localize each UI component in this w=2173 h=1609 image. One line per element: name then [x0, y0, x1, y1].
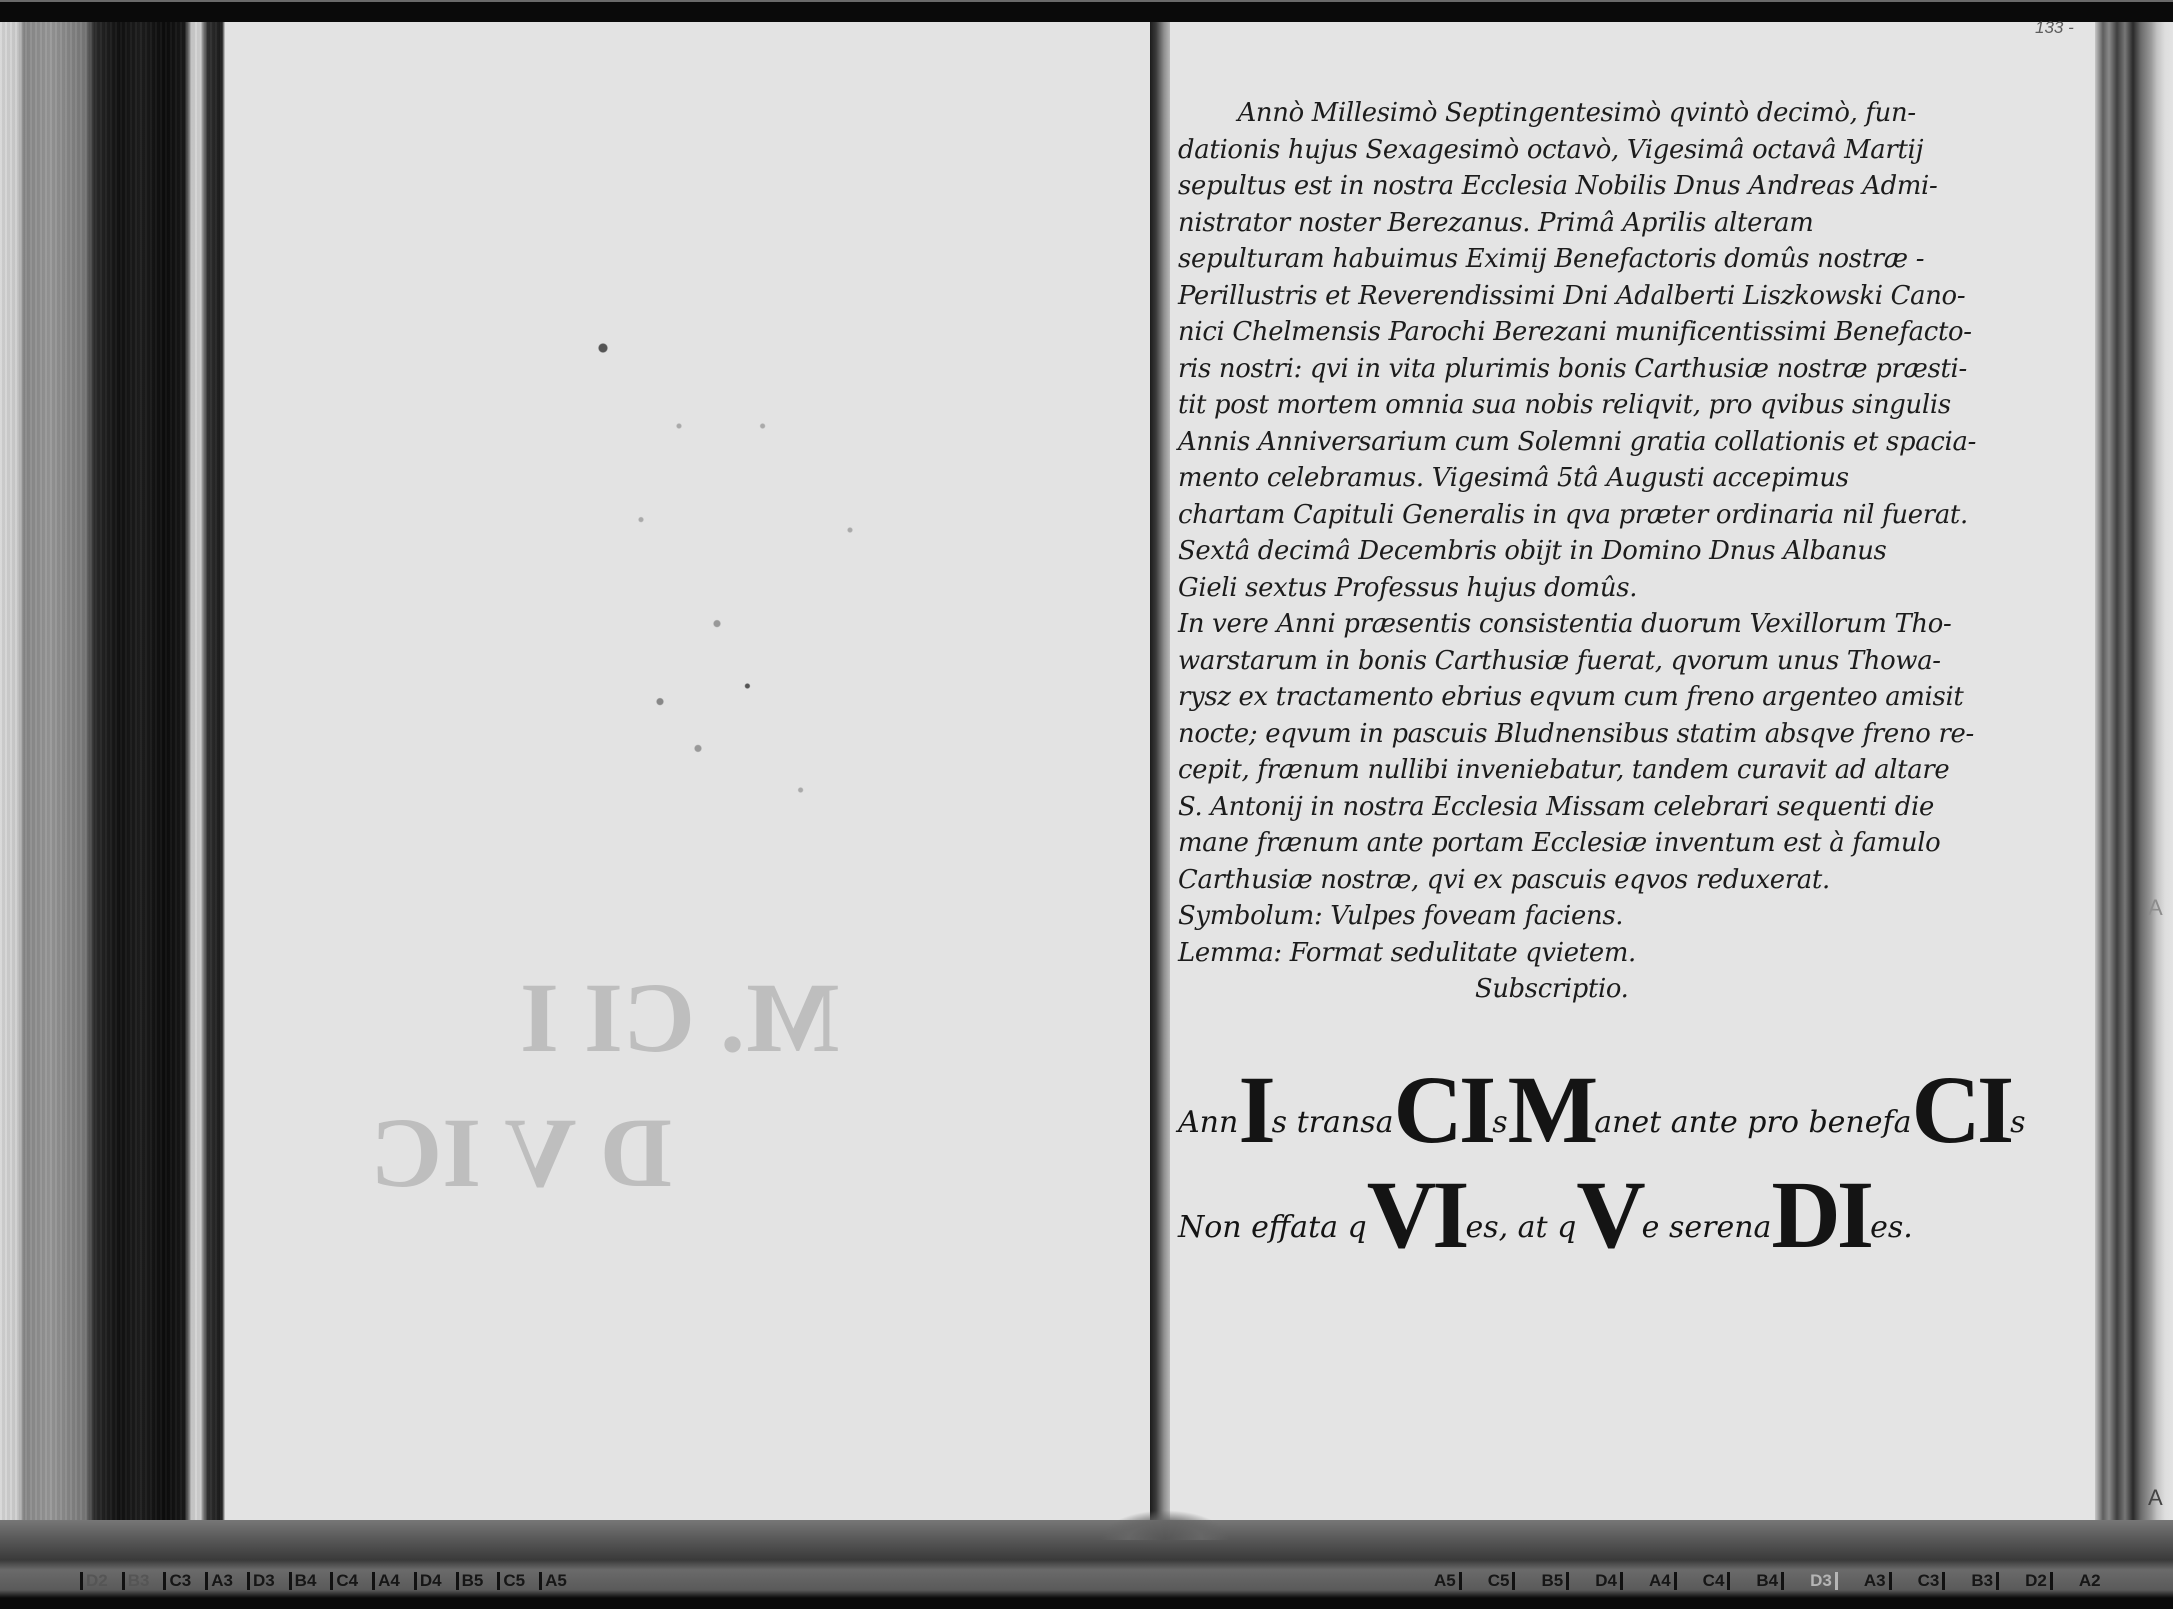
- bleed-through-line-1: M. CI I: [520, 960, 839, 1075]
- strip-label: C3: [163, 1572, 195, 1590]
- left-page: [225, 22, 1150, 1522]
- manuscript-line: warstarum in bonis Carthusiæ fuerat, qvo…: [1178, 643, 1993, 680]
- chronogram-numeral: CI: [1911, 1065, 2010, 1155]
- film-top-band: [0, 0, 2173, 24]
- strip-label: A4: [372, 1572, 404, 1590]
- manuscript-line: Annis Anniversarium cum Solemni gratia c…: [1178, 424, 1993, 461]
- margin-mark-a-bottom: A: [2148, 1485, 2163, 1511]
- margin-mark-a: A: [2148, 895, 2163, 921]
- manuscript-line: Perillustris et Reverendissimi Dni Adalb…: [1178, 278, 1993, 315]
- chronogram-line-1: Ann I s transa CI s M anet ante pro bene…: [1178, 1050, 2078, 1155]
- manuscript-line: cepit, frænum nullibi inveniebatur, tand…: [1178, 752, 1993, 789]
- strip-label: C5: [497, 1572, 529, 1590]
- manuscript-line: nici Chelmensis Parochi Berezani munific…: [1178, 314, 1993, 351]
- film-label-strip-left: D2 B3 C3 A3 D3 B4 C4 A4 D4 B5 C5 A5: [80, 1570, 581, 1592]
- strip-label: B4: [1752, 1572, 1784, 1590]
- strip-label: C3: [1914, 1572, 1946, 1590]
- manuscript-line: Sextâ decimâ Decembris obijt in Domino D…: [1178, 533, 1993, 570]
- lemma-line: Lemma: Format sedulitate qvietem.: [1178, 935, 1993, 972]
- book-right-page-stack: [2095, 22, 2173, 1542]
- manuscript-line: rysz ex tractamento ebrius eqvum cum fre…: [1178, 679, 1993, 716]
- strip-label: A5: [1430, 1572, 1462, 1590]
- manuscript-text: Annò Millesimò Septingentesimò qvintò de…: [1178, 95, 1998, 1008]
- chronogram: Ann I s transa CI s M anet ante pro bene…: [1178, 1050, 2078, 1260]
- symbolum-line: Symbolum: Vulpes foveam faciens.: [1178, 898, 1993, 935]
- manuscript-line: tit post mortem omnia sua nobis reliqvit…: [1178, 387, 1993, 424]
- manuscript-line: dationis hujus Sexagesimò octavò, Vigesi…: [1178, 132, 1993, 169]
- ink-specks: [565, 322, 945, 842]
- strip-label: D3: [247, 1572, 279, 1590]
- manuscript-line: Gieli sextus Professus hujus domûs.: [1178, 570, 1993, 607]
- strip-label: C4: [330, 1572, 362, 1590]
- subscriptio-heading: Subscriptio.: [1178, 971, 1990, 1008]
- chronogram-numeral: CI: [1394, 1065, 1493, 1155]
- chronogram-text: s: [1492, 1103, 1507, 1143]
- strip-label: D4: [1591, 1572, 1623, 1590]
- strip-label: A4: [1645, 1572, 1677, 1590]
- page-number: 133 -: [2035, 18, 2074, 38]
- strip-label: A3: [205, 1572, 237, 1590]
- strip-label: C5: [1484, 1572, 1516, 1590]
- chronogram-text: s transa: [1272, 1103, 1394, 1143]
- manuscript-line: ris nostri: qvi in vita plurimis bonis C…: [1178, 351, 1993, 388]
- chronogram-numeral: V: [1576, 1170, 1641, 1260]
- manuscript-line: sepulturam habuimus Eximij Benefactoris …: [1178, 241, 1993, 278]
- chronogram-text: s: [2010, 1103, 2025, 1143]
- manuscript-line: mento celebramus. Vigesimâ 5tâ Augusti a…: [1178, 460, 1993, 497]
- chronogram-text: es, at q: [1465, 1208, 1576, 1248]
- manuscript-line: Annò Millesimò Septingentesimò qvintò de…: [1178, 95, 1992, 132]
- strip-label: D4: [414, 1572, 446, 1590]
- chronogram-text: e serena: [1642, 1208, 1772, 1248]
- book-left-page-stack: [0, 22, 225, 1542]
- chronogram-text: Non effata q: [1178, 1208, 1367, 1248]
- chronogram-text: Ann: [1178, 1103, 1238, 1143]
- strip-label: B3: [122, 1572, 154, 1590]
- chronogram-numeral: M: [1508, 1065, 1595, 1155]
- manuscript-line: S. Antonij in nostra Ecclesia Missam cel…: [1178, 789, 1993, 826]
- chronogram-text: anet ante pro benefa: [1594, 1103, 1911, 1143]
- strip-label: A2: [2075, 1572, 2104, 1590]
- strip-label: A5: [539, 1572, 571, 1590]
- book-base-shadow: [0, 1520, 2173, 1609]
- chronogram-line-2: Non effata q VI es, at q V e serena DI e…: [1178, 1155, 2078, 1260]
- spine-base: [1100, 1510, 1230, 1540]
- chronogram-numeral: VI: [1367, 1170, 1466, 1260]
- manuscript-line: nocte; eqvum in pascuis Bludnensibus sta…: [1178, 716, 1993, 753]
- strip-label: D2: [2021, 1572, 2053, 1590]
- manuscript-line: sepultus est in nostra Ecclesia Nobilis …: [1178, 168, 1993, 205]
- manuscript-line: chartam Capituli Generalis in qva præter…: [1178, 497, 1993, 534]
- book-gutter: [1150, 22, 1170, 1527]
- strip-label: A3: [1860, 1572, 1892, 1590]
- strip-label: B3: [1967, 1572, 1999, 1590]
- bleed-through-line-2: D V IC: [370, 1095, 672, 1210]
- chronogram-numeral: I: [1238, 1065, 1271, 1155]
- manuscript-line: nistrator noster Berezanus. Primâ Aprili…: [1178, 205, 1993, 242]
- strip-label: D2: [80, 1572, 112, 1590]
- manuscript-line: mane frænum ante portam Ecclesiæ inventu…: [1178, 825, 1993, 862]
- manuscript-line: In vere Anni præsentis consistentia duor…: [1178, 606, 1993, 643]
- strip-label: B5: [456, 1572, 488, 1590]
- manuscript-line: Carthusiæ nostræ, qvi ex pascuis eqvos r…: [1178, 862, 1993, 899]
- strip-label: C4: [1699, 1572, 1731, 1590]
- microfilm-scan: M. CI I D V IC 133 - A A Annò Millesimò …: [0, 0, 2173, 1609]
- strip-label: B4: [289, 1572, 321, 1590]
- chronogram-numeral: DI: [1771, 1170, 1870, 1260]
- strip-label: B5: [1537, 1572, 1569, 1590]
- film-label-strip-right: A5 C5 B5 D4 A4 C4 B4 D3 A3 C3 B3 D2 A2: [1430, 1570, 2126, 1592]
- chronogram-text: es.: [1870, 1208, 1913, 1248]
- strip-label: D3: [1806, 1572, 1838, 1590]
